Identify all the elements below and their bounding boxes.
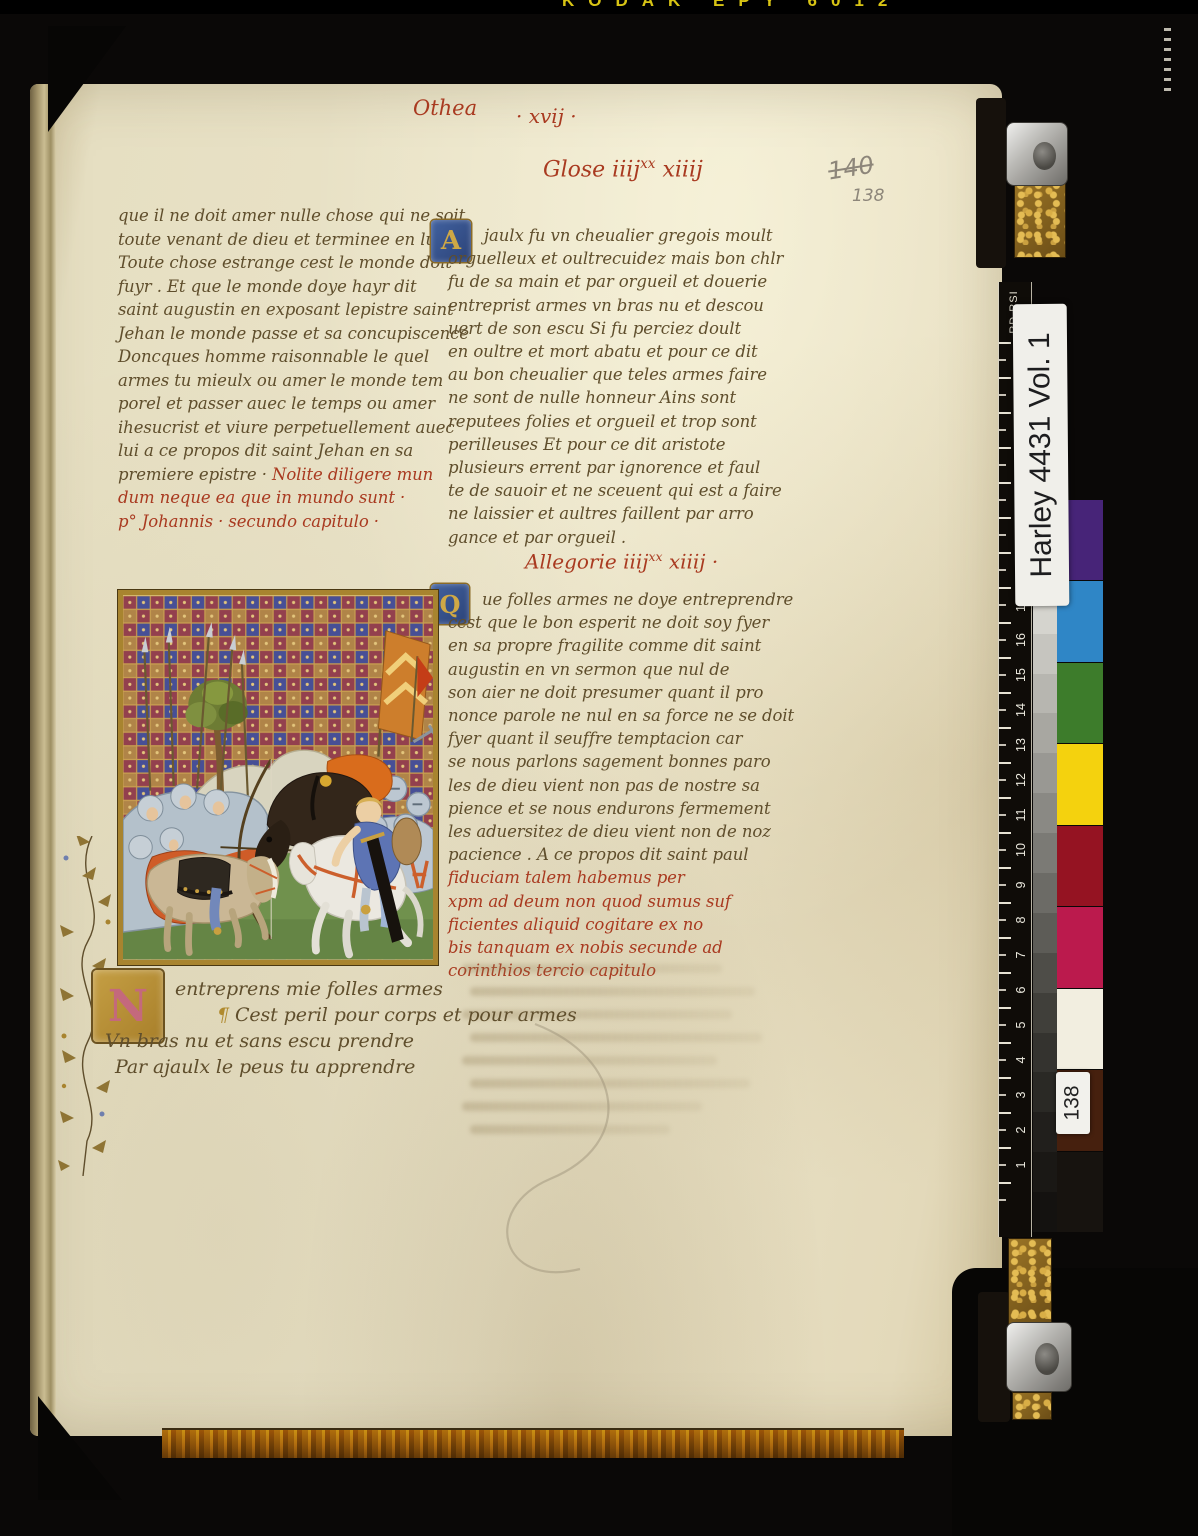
ruler-number: 5 — [1014, 1012, 1028, 1038]
glose-heading-sup: xx — [640, 156, 655, 172]
ruler-tick — [999, 832, 1011, 834]
allegorie-segment: augustin en vn sermon que nul de — [448, 660, 729, 679]
texte-segment: ¶ — [217, 1004, 235, 1026]
ruler-tick — [999, 412, 1011, 414]
ruler-tick — [999, 762, 1011, 764]
grayscale-step — [1033, 753, 1057, 793]
ruler-tick — [999, 902, 1011, 904]
left-column-segment: toute venant de dieu et terminee en lui — [118, 230, 441, 249]
left-column-line: Toute chose estrange cest le monde doit — [118, 251, 458, 275]
allegorie-heading-base: iiij — [623, 550, 648, 574]
glose-line: ne laissier et aultres faillent par arro — [448, 502, 793, 525]
allegorie-line: pience et se nous endurons fermement — [448, 797, 798, 820]
gold-tooled-edge-top — [1014, 180, 1066, 258]
glose-line: entreprist armes vn bras nu et descou — [448, 294, 793, 317]
ruler-half-tick — [999, 1059, 1006, 1061]
ruler-number: 15 — [1014, 662, 1028, 688]
left-column-line: que il ne doit amer nulle chose qui ne s… — [118, 204, 458, 228]
page-clip-bottom — [1006, 1322, 1072, 1392]
left-column-segment: premiere epistre · — [118, 465, 272, 484]
ruler-tick — [999, 1182, 1011, 1184]
grayscale-step — [1033, 993, 1057, 1033]
folio-sticker-text: 138 — [1061, 1085, 1085, 1120]
left-column-segment: saint augustin en exposant lepistre sain… — [118, 300, 454, 319]
ruler-tick — [999, 622, 1011, 624]
allegorie-segment: ficientes aliquid cogitare ex no — [448, 915, 703, 934]
ruler-tick — [999, 482, 1011, 484]
texte-line: Vn bras nu et sans escu prendre — [95, 1028, 495, 1054]
film-edge-strip: KODAK EPY 6012 — [0, 0, 1198, 14]
allegorie-segment: nonce parole ne nul en sa force ne se do… — [448, 706, 794, 725]
glose-line: perilleuses Et pour ce dit aristote — [448, 433, 793, 456]
ruler-half-tick — [999, 429, 1006, 431]
glose-segment: ne sont de nulle honneur Ains sont — [448, 388, 736, 407]
ruler-half-tick — [999, 884, 1006, 886]
glose-segment: entreprist armes vn bras nu et descou — [448, 296, 764, 315]
ruler-half-tick — [999, 499, 1006, 501]
grayscale-step — [1033, 634, 1057, 674]
ruler-number: 12 — [1014, 767, 1028, 793]
color-patch-crimson — [1057, 907, 1103, 987]
glose-line: fu de sa main et par orgueil et douerie — [448, 270, 793, 293]
manuscript-page: Othea · xvij · 140 138 Glose iiijxx xiii… — [30, 84, 1002, 1436]
allegorie-line: cest que le bon esperit ne doit soy fyer — [448, 611, 798, 634]
allegorie-heading: Allegorie iiijxx xiiij · — [525, 549, 718, 574]
ruler-tick — [999, 972, 1011, 974]
texte-segment: Cest peril pour corps et pour armes — [235, 1004, 577, 1026]
grayscale-step — [1033, 873, 1057, 913]
left-column-line: dum neque ea que in mundo sunt · — [118, 486, 458, 510]
glose-line: en oultre et mort abatu et pour ce dit — [448, 340, 793, 363]
ruler-half-tick — [999, 744, 1006, 746]
glose-segment: orguelleux et oultrecuidez mais bon chlr — [448, 249, 783, 268]
ruler-number: 6 — [1014, 977, 1028, 1003]
left-column-line: toute venant de dieu et terminee en lui — [118, 228, 458, 252]
film-dash — [1164, 58, 1171, 61]
allegorie-segment: se nous parlons sagement bonnes paro — [448, 752, 771, 771]
allegorie-segment: pacience . A ce propos dit saint paul — [448, 845, 748, 864]
allegorie-line: augustin en vn sermon que nul de — [448, 658, 798, 681]
grayscale-step — [1033, 913, 1057, 953]
left-column-segment: ihesucrist et viure perpetuellement auec — [118, 418, 455, 437]
left-column-segment: Jehan le monde passe et sa concupiscence — [118, 324, 469, 343]
left-column-line: fuyr . Et que le monde doye hayr dit — [118, 275, 458, 299]
allegorie-segment: pience et se nous endurons fermement — [448, 799, 770, 818]
ruler-tick — [999, 937, 1011, 939]
left-column-segment: armes tu mieulx ou amer le monde tem — [118, 371, 443, 390]
glose-segment: ne laissier et aultres faillent par arro — [448, 504, 754, 523]
left-column-line: armes tu mieulx ou amer le monde tem — [118, 369, 458, 393]
color-patch-white — [1057, 989, 1103, 1069]
grayscale-step — [1033, 1033, 1057, 1073]
ruler-half-tick — [999, 989, 1006, 991]
allegorie-line: fyer quant il seuffre temptacion car — [448, 727, 798, 750]
left-column-line: saint augustin en exposant lepistre sain… — [118, 298, 458, 322]
allegorie-segment: ue folles armes ne doye entreprendre — [482, 590, 793, 609]
shelfmark-label: Harley 4431 Vol. 1 — [1013, 304, 1070, 606]
color-patch-green — [1057, 663, 1103, 743]
ruler-half-tick — [999, 534, 1006, 536]
allegorie-heading-unit: xiiij · — [669, 550, 718, 574]
ruler-half-tick — [999, 954, 1006, 956]
film-dash — [1164, 88, 1171, 91]
glose-heading-base: iiij — [612, 157, 640, 182]
ruler-number: 4 — [1014, 1047, 1028, 1073]
ruler-tick — [999, 517, 1011, 519]
allegorie-heading-sup: xx — [648, 549, 662, 564]
texte-segment: Par ajaulx le peus tu apprendre — [115, 1056, 415, 1078]
ruler-half-tick — [999, 394, 1006, 396]
allegorie-line: en sa propre fragilite comme dit saint — [448, 634, 798, 657]
rider-blue-greave — [214, 888, 216, 929]
ruler-number: 9 — [1014, 872, 1028, 898]
miniature-frame — [118, 590, 438, 965]
allegorie-segment: son aier ne doit presumer quant il pro — [448, 683, 763, 702]
gilded-page-edges — [162, 1428, 904, 1458]
allegorie-line: bis tanquam ex nobis secunde ad — [448, 936, 798, 959]
ruler-number: 3 — [1014, 1082, 1028, 1108]
glose-heading: Glose iiijxx xiiij — [543, 156, 703, 182]
running-header-number: · xvij · — [516, 104, 577, 128]
ruler-number: 1 — [1014, 1152, 1028, 1178]
film-dash — [1164, 68, 1171, 71]
ruler-tick — [999, 1007, 1011, 1009]
left-column-segment: porel et passer auec le temps ou amer — [118, 394, 435, 413]
pencil-folio-new: 138 — [852, 186, 884, 206]
film-dash — [1164, 38, 1171, 41]
shelfmark-text: Harley 4431 Vol. 1 — [1023, 332, 1059, 577]
left-column-segment: Nolite diligere mun — [272, 465, 433, 484]
grayscale-step — [1033, 793, 1057, 833]
ruler-tick — [999, 1147, 1011, 1149]
film-dash — [1164, 78, 1171, 81]
color-patch-yellow — [1057, 744, 1103, 824]
glose-line: uert de son escu Si fu perciez doult — [448, 317, 793, 340]
texte-line: ¶ Cest peril pour corps et pour armes — [95, 1002, 495, 1028]
pencil-folio-old: 140 — [826, 151, 876, 186]
ruler-tick — [999, 552, 1011, 554]
allegorie-heading-word: Allegorie — [525, 550, 617, 574]
ruler-number: 10 — [1014, 837, 1028, 863]
texte-line: entreprens mie folles armes — [95, 976, 495, 1002]
ruler-half-tick — [999, 359, 1006, 361]
allegorie-line: les aduersitez de dieu vient non de noz — [448, 820, 798, 843]
ruler-number: 7 — [1014, 942, 1028, 968]
glose-segment: gance et par orgueil . — [448, 528, 626, 547]
left-column-segment: lui a ce propos dit saint Jehan en sa — [118, 441, 413, 460]
left-column-segment: dum neque ea que in mundo sunt · — [118, 488, 405, 507]
ruler-half-tick — [999, 814, 1006, 816]
left-text-column: que il ne doit amer nulle chose qui ne s… — [118, 204, 458, 533]
allegorie-line: son aier ne doit presumer quant il pro — [448, 681, 798, 704]
allegorie-text-column: ue folles armes ne doye entreprendrecest… — [448, 588, 798, 982]
ruler-tick — [999, 657, 1011, 659]
ruler-number: 16 — [1014, 627, 1028, 653]
left-column-line: Jehan le monde passe et sa concupiscence — [118, 322, 458, 346]
ruler-tick — [999, 1042, 1011, 1044]
ruler-number: 14 — [1014, 697, 1028, 723]
glose-segment: en oultre et mort abatu et pour ce dit — [448, 342, 758, 361]
grayscale-step — [1033, 1072, 1057, 1112]
ruler-tick — [999, 692, 1011, 694]
left-column-segment: que il ne doit amer nulle chose qui ne s… — [118, 206, 465, 225]
ruler-half-tick — [999, 604, 1006, 606]
show-through-line — [462, 964, 722, 973]
glose-segment: uert de son escu Si fu perciez doult — [448, 319, 741, 338]
grayscale-step — [1033, 1152, 1057, 1192]
ruler-tick — [999, 587, 1011, 589]
glose-text-column: jaulx fu vn cheualier gregois moultorgue… — [448, 224, 793, 549]
color-patch-black — [1057, 1152, 1103, 1232]
allegorie-segment: en sa propre fragilite comme dit saint — [448, 636, 761, 655]
texte-verse-column: entreprens mie folles armes¶ Cest peril … — [95, 976, 495, 1080]
glose-heading-unit: xiiij — [662, 157, 702, 182]
glose-segment: reputees folies et orgueil et trop sont — [448, 412, 757, 431]
ruler-half-tick — [999, 639, 1006, 641]
ruler-half-tick — [999, 1129, 1006, 1131]
left-column-line: porel et passer auec le temps ou amer — [118, 392, 458, 416]
glose-line: plusieurs errent par ignorence et faul — [448, 456, 793, 479]
left-column-line: Doncques homme raisonnable le quel — [118, 345, 458, 369]
glose-line: gance et par orgueil . — [448, 526, 793, 549]
allegorie-line: nonce parole ne nul en sa force ne se do… — [448, 704, 798, 727]
left-column-segment: Toute chose estrange cest le monde doit — [118, 253, 452, 272]
allegorie-segment: cest que le bon esperit ne doit soy fyer — [448, 613, 769, 632]
glose-line: jaulx fu vn cheualier gregois moult — [448, 224, 793, 247]
photograph-of-manuscript: { "photo": { "film_edge_text": "KODAK EP… — [0, 0, 1198, 1536]
page-gutter-edge — [30, 84, 56, 1436]
left-column-segment: fuyr . Et que le monde doye hayr dit — [118, 277, 416, 296]
glose-segment: perilleuses Et pour ce dit aristote — [448, 435, 725, 454]
glose-segment: plusieurs errent par ignorence et faul — [448, 458, 760, 477]
allegorie-segment: les de dieu vient non pas de nostre sa — [448, 776, 760, 795]
glose-line: au bon cheualier que teles armes faire — [448, 363, 793, 386]
allegorie-line: ue folles armes ne doye entreprendre — [448, 588, 798, 611]
allegorie-segment: xpm ad deum non quod sumus suf — [448, 892, 731, 911]
allegorie-line: xpm ad deum non quod sumus suf — [448, 890, 798, 913]
allegorie-line: se nous parlons sagement bonnes paro — [448, 750, 798, 773]
grayscale-strip — [1033, 514, 1057, 1232]
gold-tooled-edge-bottom2 — [1012, 1392, 1052, 1420]
folio-sticker: 138 — [1056, 1072, 1090, 1134]
show-through-line — [470, 987, 755, 996]
ruler-half-tick — [999, 674, 1006, 676]
ruler-number: 13 — [1014, 732, 1028, 758]
allegorie-segment: fyer quant il seuffre temptacion car — [448, 729, 742, 748]
ruler-half-tick — [999, 919, 1006, 921]
ruler-tick — [999, 727, 1011, 729]
left-column-segment: p° Johannis · secundo capitulo · — [118, 512, 379, 531]
grayscale-step — [1033, 713, 1057, 753]
ruler-number: 11 — [1014, 802, 1028, 828]
gold-tooled-edge-bottom — [1008, 1238, 1052, 1328]
grayscale-step — [1033, 1112, 1057, 1152]
glose-segment: jaulx fu vn cheualier gregois moult — [484, 226, 772, 245]
allegorie-line: les de dieu vient non pas de nostre sa — [448, 774, 798, 797]
grayscale-step — [1033, 1192, 1057, 1232]
texte-segment: Vn bras nu et sans escu prendre — [105, 1030, 414, 1052]
texte-segment: entreprens mie folles armes — [175, 978, 443, 1000]
left-column-segment: Doncques homme raisonnable le quel — [118, 347, 429, 366]
grayscale-step — [1033, 674, 1057, 714]
page-clip-top — [1006, 122, 1068, 186]
ruler-half-tick — [999, 1164, 1006, 1166]
ruler-half-tick — [999, 849, 1006, 851]
ruler-half-tick — [999, 1199, 1006, 1201]
grayscale-step — [1033, 833, 1057, 873]
glose-segment: fu de sa main et par orgueil et douerie — [448, 272, 767, 291]
allegorie-line: pacience . A ce propos dit saint paul — [448, 843, 798, 866]
ruler-number: 8 — [1014, 907, 1028, 933]
running-header-title: Othea — [413, 96, 477, 120]
left-column-line: p° Johannis · secundo capitulo · — [118, 510, 458, 534]
film-edge-text: KODAK EPY 6012 — [562, 0, 901, 11]
color-patch-dark-red — [1057, 826, 1103, 906]
allegorie-line: ficientes aliquid cogitare ex no — [448, 913, 798, 936]
grayscale-step — [1033, 953, 1057, 993]
ruler-tick — [999, 1112, 1011, 1114]
ruler-tick — [999, 377, 1011, 379]
glose-line: ne sont de nulle honneur Ains sont — [448, 386, 793, 409]
left-column-line: premiere epistre · Nolite diligere mun — [118, 463, 458, 487]
film-dash — [1164, 48, 1171, 51]
allegorie-line: fiduciam talem habemus per — [448, 866, 798, 889]
ruler-number: 2 — [1014, 1117, 1028, 1143]
film-dash — [1164, 28, 1171, 31]
ruler-half-tick — [999, 1094, 1006, 1096]
ruler-tick — [999, 447, 1011, 449]
glose-segment: au bon cheualier que teles armes faire — [448, 365, 767, 384]
ruler-tick — [999, 867, 1011, 869]
ruler-tick — [999, 1077, 1011, 1079]
ruler-half-tick — [999, 709, 1006, 711]
left-column-line: lui a ce propos dit saint Jehan en sa — [118, 439, 458, 463]
ruler-half-tick — [999, 1024, 1006, 1026]
allegorie-segment: bis tanquam ex nobis secunde ad — [448, 938, 723, 957]
allegorie-segment: les aduersitez de dieu vient non de noz — [448, 822, 771, 841]
texte-line: Par ajaulx le peus tu apprendre — [95, 1054, 495, 1080]
glose-heading-word: Glose — [543, 157, 605, 182]
ruler-half-tick — [999, 464, 1006, 466]
pencil-flourish — [475, 1014, 695, 1344]
glose-line: reputees folies et orgueil et trop sont — [448, 410, 793, 433]
ruler-half-tick — [999, 569, 1006, 571]
ruler-tick — [999, 797, 1011, 799]
allegorie-segment: fiduciam talem habemus per — [448, 868, 685, 887]
miniature-ajax-scene — [123, 595, 433, 960]
glose-line: te de sauoir et ne sceuent qui est a fai… — [448, 479, 793, 502]
glose-line: orguelleux et oultrecuidez mais bon chlr — [448, 247, 793, 270]
clamp-bar-top — [976, 98, 1006, 268]
ruler-half-tick — [999, 779, 1006, 781]
glose-segment: te de sauoir et ne sceuent qui est a fai… — [448, 481, 782, 500]
left-column-line: ihesucrist et viure perpetuellement auec — [118, 416, 458, 440]
